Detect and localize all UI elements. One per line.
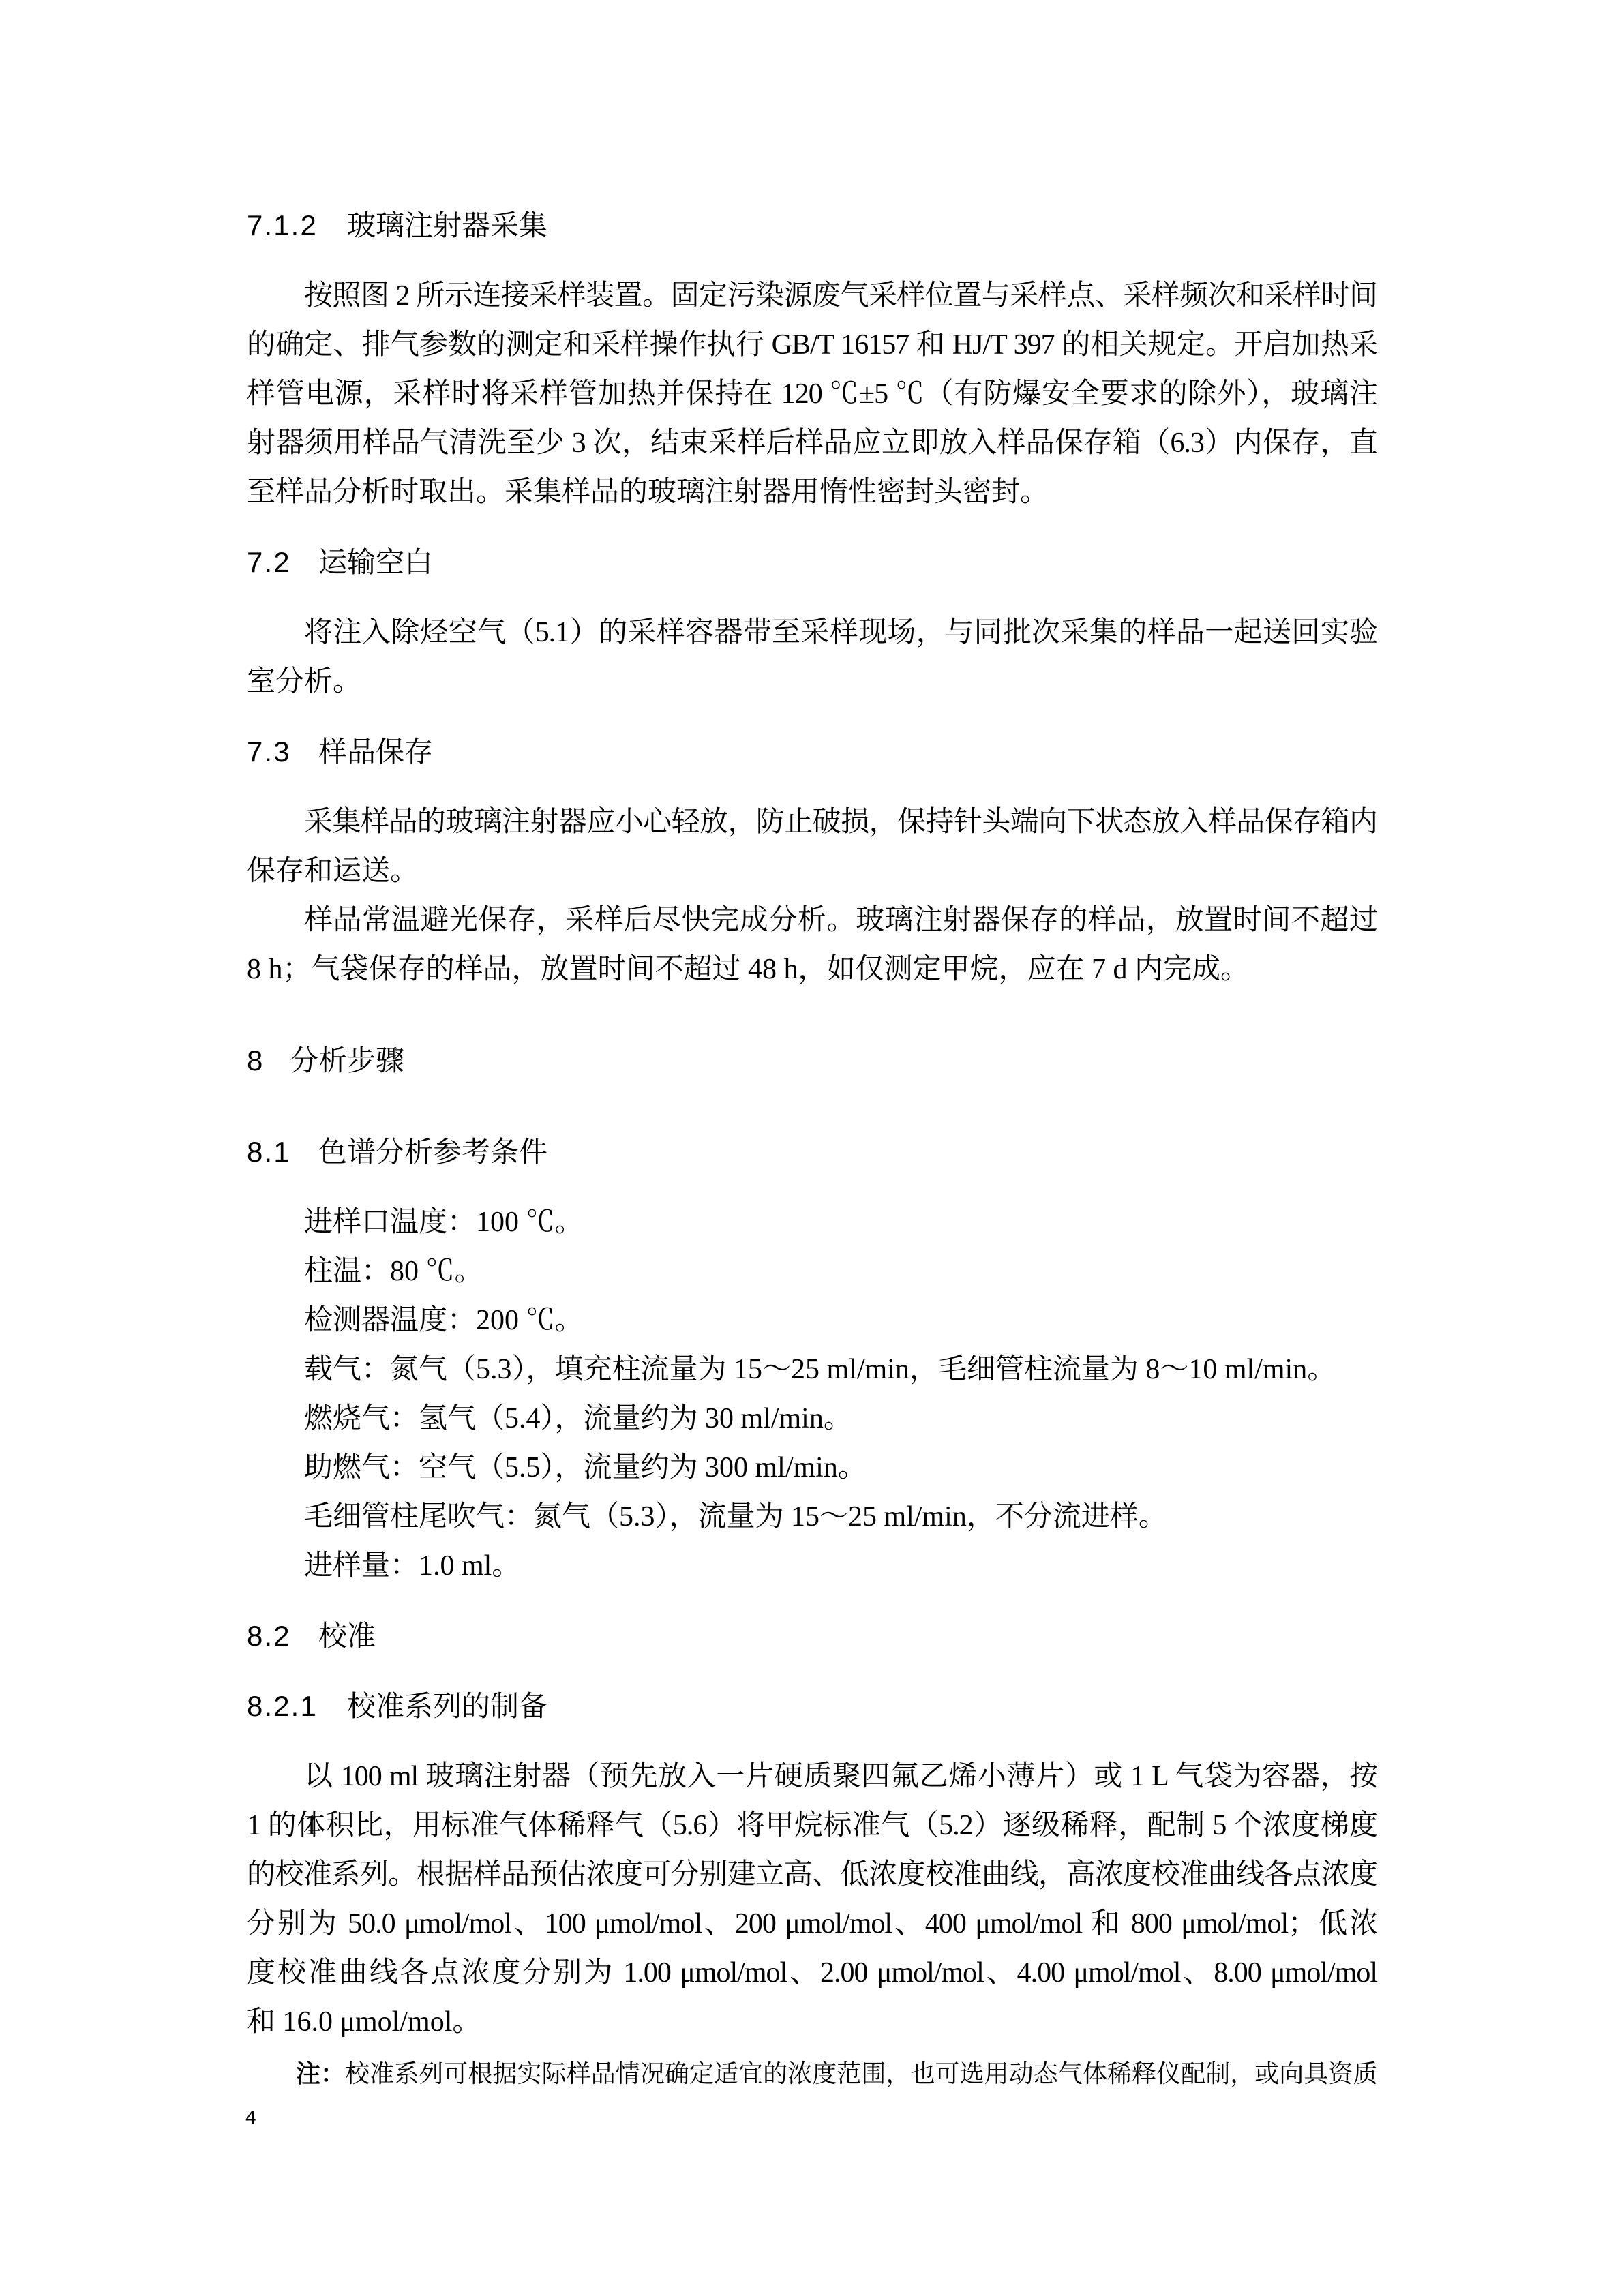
paragraph-line: 射器须用样品气清洗至少 3 次，结束采样后样品应立即放入样品保存箱（6.3）内保… [247, 419, 1377, 468]
paragraph-line: 至样品分析时取出。采集样品的玻璃注射器用惰性密封头密封。 [247, 468, 1377, 517]
condition-item: 毛细管柱尾吹气：氮气（5.3），流量为 15～25 ml/min，不分流进样。 [247, 1492, 1377, 1541]
section-heading-7-1-2: 7.1.2玻璃注射器采集 [247, 201, 1377, 250]
section-heading-7-3: 7.3样品保存 [247, 727, 1377, 776]
condition-item: 载气：氮气（5.3），填充柱流量为 15～25 ml/min，毛细管柱流量为 8… [247, 1345, 1377, 1394]
section-title: 校准系列的制备 [347, 1682, 547, 1731]
condition-item: 检测器温度：200 ℃。 [247, 1296, 1377, 1345]
paragraph-line: 和 16.0 μmol/mol。 [247, 1997, 1377, 2046]
paragraph-line: 保存和运送。 [247, 847, 1377, 896]
section-title: 色谱分析参考条件 [318, 1128, 547, 1177]
page-number: 4 [245, 2108, 256, 2127]
paragraph-line: 1 的体积比，用标准气体稀释气（5.6）将甲烷标准气（5.2）逐级稀释，配制 5… [247, 1801, 1377, 1850]
condition-item: 柱温：80 ℃。 [247, 1247, 1377, 1296]
section-title: 校准 [318, 1612, 376, 1661]
chapter-number: 8 [247, 1036, 261, 1085]
paragraph-line: 以 100 ml 玻璃注射器（预先放入一片硬质聚四氟乙烯小薄片）或 1 L 气袋… [247, 1752, 1377, 1801]
section-number: 7.1.2 [247, 201, 318, 250]
paragraph-line: 分别为 50.0 μmol/mol、100 μmol/mol、200 μmol/… [247, 1899, 1377, 1948]
paragraph-line: 样品常温避光保存，采样后尽快完成分析。玻璃注射器保存的样品，放置时间不超过 [247, 896, 1377, 945]
chapter-title: 分析步骤 [290, 1036, 404, 1085]
condition-item: 进样口温度：100 ℃。 [247, 1198, 1377, 1247]
section-title: 玻璃注射器采集 [347, 201, 547, 250]
paragraph-line: 度校准曲线各点浓度分别为 1.00 μmol/mol、2.00 μmol/mol… [247, 1948, 1377, 1997]
note-label: 注： [296, 2059, 345, 2087]
document-page: 7.1.2玻璃注射器采集 按照图 2 所示连接采样装置。固定污染源废气采样位置与… [0, 0, 1624, 2296]
paragraph-line: 采集样品的玻璃注射器应小心轻放，防止破损，保持针头端向下状态放入样品保存箱内 [247, 798, 1377, 847]
section-number: 8.1 [247, 1128, 290, 1177]
chapter-heading-8: 8分析步骤 [247, 1036, 1377, 1085]
section-title: 运输空白 [318, 538, 433, 587]
paragraph: 将注入除烃空气（5.1）的采样容器带至采样现场，与同批次采集的样品一起送回实验 … [247, 608, 1377, 706]
section-heading-8-2: 8.2校准 [247, 1612, 1377, 1661]
paragraph-line: 按照图 2 所示连接采样装置。固定污染源废气采样位置与采样点、采样频次和采样时间 [247, 271, 1377, 320]
condition-item: 进样量：1.0 ml。 [247, 1541, 1377, 1590]
paragraph-line: 的确定、排气参数的测定和采样操作执行 GB/T 16157 和 HJ/T 397… [247, 320, 1377, 369]
note: 注：校准系列可根据实际样品情况确定适宜的浓度范围，也可选用动态气体稀释仪配制，或… [247, 2053, 1377, 2094]
section-heading-8-1: 8.1色谱分析参考条件 [247, 1128, 1377, 1177]
paragraph-line: 将注入除烃空气（5.1）的采样容器带至采样现场，与同批次采集的样品一起送回实验 [247, 608, 1377, 657]
section-heading-7-2: 7.2运输空白 [247, 538, 1377, 587]
section-heading-8-2-1: 8.2.1校准系列的制备 [247, 1682, 1377, 1731]
paragraph-line: 样管电源，采样时将采样管加热并保持在 120 ℃±5 ℃（有防爆安全要求的除外）… [247, 369, 1377, 419]
paragraph: 样品常温避光保存，采样后尽快完成分析。玻璃注射器保存的样品，放置时间不超过 8 … [247, 896, 1377, 994]
section-number: 8.2.1 [247, 1682, 318, 1731]
section-number: 8.2 [247, 1612, 290, 1661]
section-title: 样品保存 [318, 727, 433, 776]
paragraph-line: 8 h；气袋保存的样品，放置时间不超过 48 h，如仅测定甲烷，应在 7 d 内… [247, 945, 1377, 994]
condition-list: 进样口温度：100 ℃。 柱温：80 ℃。 检测器温度：200 ℃。 载气：氮气… [247, 1198, 1377, 1590]
page-body: 7.1.2玻璃注射器采集 按照图 2 所示连接采样装置。固定污染源废气采样位置与… [247, 201, 1377, 2094]
note-text: 校准系列可根据实际样品情况确定适宜的浓度范围，也可选用动态气体稀释仪配制，或向具… [345, 2060, 1377, 2087]
paragraph: 以 100 ml 玻璃注射器（预先放入一片硬质聚四氟乙烯小薄片）或 1 L 气袋… [247, 1752, 1377, 2046]
paragraph: 采集样品的玻璃注射器应小心轻放，防止破损，保持针头端向下状态放入样品保存箱内 保… [247, 798, 1377, 896]
condition-item: 燃烧气：氢气（5.4），流量约为 30 ml/min。 [247, 1394, 1377, 1443]
section-number: 7.2 [247, 538, 290, 587]
section-number: 7.3 [247, 727, 290, 776]
condition-item: 助燃气：空气（5.5），流量约为 300 ml/min。 [247, 1443, 1377, 1492]
paragraph-line: 室分析。 [247, 657, 1377, 706]
paragraph-line: 的校准系列。根据样品预估浓度可分别建立高、低浓度校准曲线，高浓度校准曲线各点浓度 [247, 1850, 1377, 1899]
paragraph: 按照图 2 所示连接采样装置。固定污染源废气采样位置与采样点、采样频次和采样时间… [247, 271, 1377, 517]
